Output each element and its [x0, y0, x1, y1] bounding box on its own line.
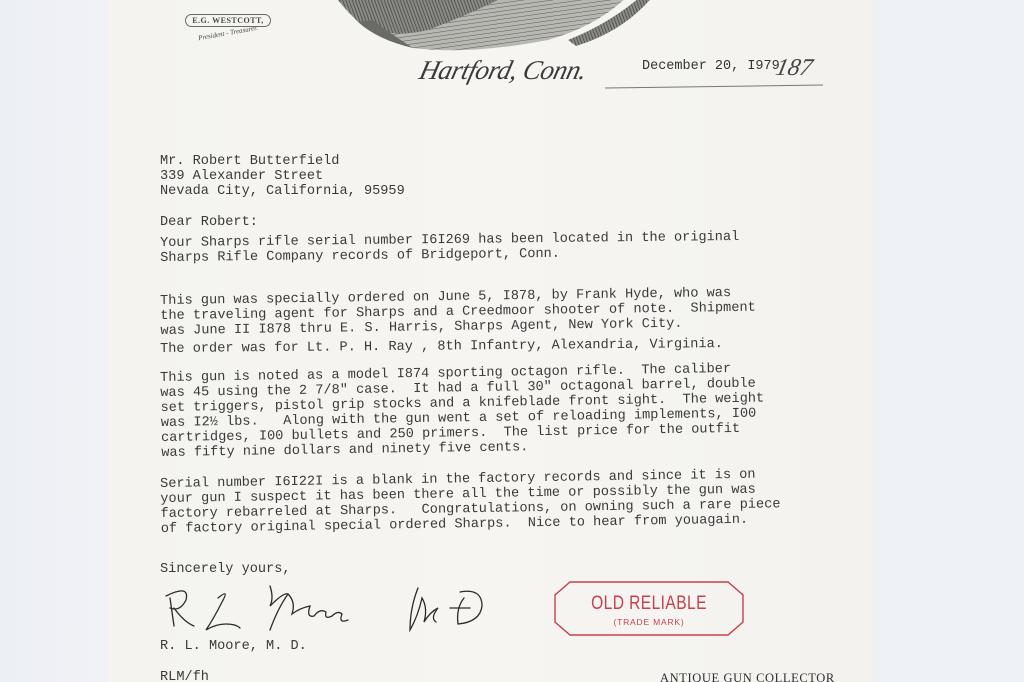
background-surface — [0, 0, 110, 682]
trademark-stamp: OLD RELIABLE (TRADE MARK) — [554, 581, 744, 636]
recipient-city: Nevada City, California, 95959 — [160, 184, 405, 199]
closing: Sincerely yours, — [160, 562, 291, 577]
footer-title: ANTIQUE GUN COLLECTOR — [660, 671, 835, 682]
signer-name: R. L. Moore, M. D. — [160, 639, 307, 654]
paragraph-2: This gun was specially ordered on June 5… — [160, 286, 756, 339]
paragraph-4: This gun is noted as a model I874 sporti… — [160, 362, 765, 461]
officer-emblem: E.G. WESTCOTT, President - Treasurer. — [178, 6, 278, 52]
letterhead-place: Hartford, Conn. — [416, 55, 590, 86]
stamp-main-text: OLD RELIABLE — [571, 593, 727, 615]
handwritten-signature: R L Moore MD — [160, 578, 490, 640]
recipient-name: Mr. Robert Butterfield — [160, 154, 405, 169]
stamp-sub-text: (TRADE MARK) — [554, 617, 744, 627]
typist-initials: RLM/fh — [160, 670, 209, 682]
letter-date: December 20, I979 — [642, 59, 780, 74]
paragraph-5: Serial number I6I22I is a blank in the f… — [160, 467, 781, 537]
salutation: Dear Robert: — [160, 215, 258, 230]
engraving-illustration — [318, 0, 658, 55]
paragraph-1: Your Sharps rifle serial number I6I269 h… — [160, 230, 739, 266]
paper-edge — [870, 0, 878, 682]
recipient-street: 339 Alexander Street — [160, 169, 405, 184]
recipient-address: Mr. Robert Butterfield 339 Alexander Str… — [160, 154, 405, 199]
printed-year: 187 — [773, 55, 815, 82]
